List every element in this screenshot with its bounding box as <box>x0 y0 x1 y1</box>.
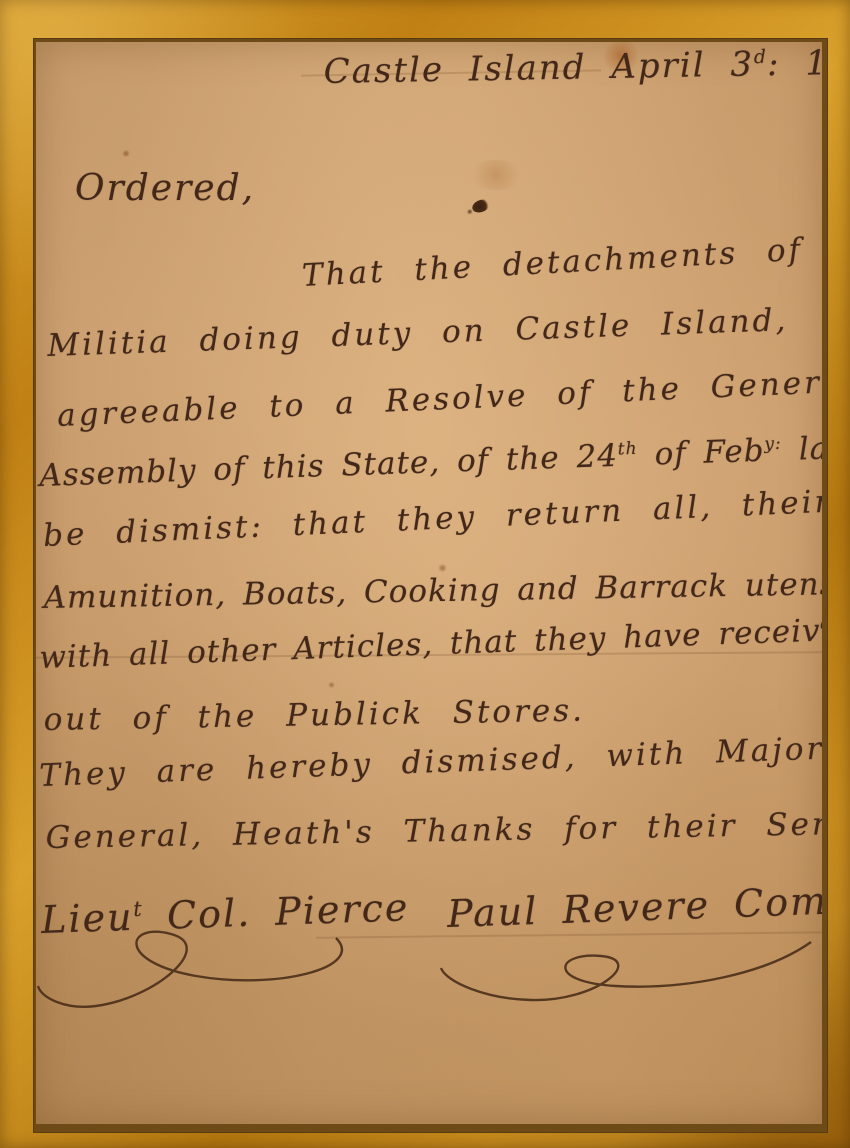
signature-pierce-text: Lieu <box>40 895 134 942</box>
signature-pierce: Lieut Col. Pierce <box>40 885 410 942</box>
signature-revere: Paul Revere Comg off <box>446 875 822 936</box>
body-line-5: be dismist: that they return all, their <box>42 484 822 554</box>
body-line-4: Assembly of this State, of the 24th of F… <box>39 429 822 494</box>
fold-crease <box>316 931 822 938</box>
faint-smudge <box>466 160 526 190</box>
framed-letter-photo: Castle Island April 3d: 1778 Ordered, Th… <box>0 0 850 1148</box>
order-heading: Ordered, <box>75 168 255 209</box>
body-line-4-text: of Feb <box>637 433 765 473</box>
paper-freckle <box>438 564 447 572</box>
frame-inner-lip: Castle Island April 3d: 1778 Ordered, Th… <box>33 38 828 1133</box>
ink-blot <box>470 197 491 214</box>
dateline-text: Castle Island April 3 <box>323 44 754 92</box>
body-line-10: General, Heath's Thanks for their Servic… <box>45 804 822 856</box>
body-line-3: agreeable to a Resolve of the General- <box>56 363 822 434</box>
body-line-6-text: Amunition, Boats, Cooking and Barrack ut… <box>43 566 822 616</box>
pierce-signature-flourish <box>36 928 456 1018</box>
body-line-1: That the detachments of <box>301 232 804 294</box>
signature-revere-name: Paul Revere <box>446 882 734 936</box>
body-line-9: They are hereby dismised, with Major <box>39 731 822 794</box>
letter-paper: Castle Island April 3d: 1778 Ordered, Th… <box>36 42 822 1124</box>
dateline: Castle Island April 3d: 1778 <box>323 42 822 92</box>
body-line-2: Militia doing duty on Castle Island, <box>47 302 789 364</box>
signature-revere-title: Com <box>733 879 822 926</box>
revere-signature-flourish <box>436 930 822 1010</box>
body-line-7: with all other Articles, that they have … <box>39 612 822 676</box>
body-line-4-text: last <box>781 429 822 468</box>
received-superscript: d <box>820 614 822 634</box>
dateline-superscript: d <box>754 47 767 68</box>
ordinal-superscript: th <box>617 439 638 460</box>
body-line-8: out of the Publick Stores. <box>43 693 585 738</box>
body-line-4-text: Assembly of this State, of the 24 <box>39 438 619 494</box>
paper-freckle <box>122 150 130 157</box>
dateline-year: : 1778 <box>767 42 822 84</box>
body-line-7-text: with all other Articles, that they have … <box>39 613 821 676</box>
feby-superscript: y: <box>764 434 782 455</box>
body-line-6: Amunition, Boats, Cooking and Barrack ut… <box>43 566 822 616</box>
paper-freckle <box>328 682 335 688</box>
signature-pierce-text: Col. Pierce <box>142 885 410 938</box>
